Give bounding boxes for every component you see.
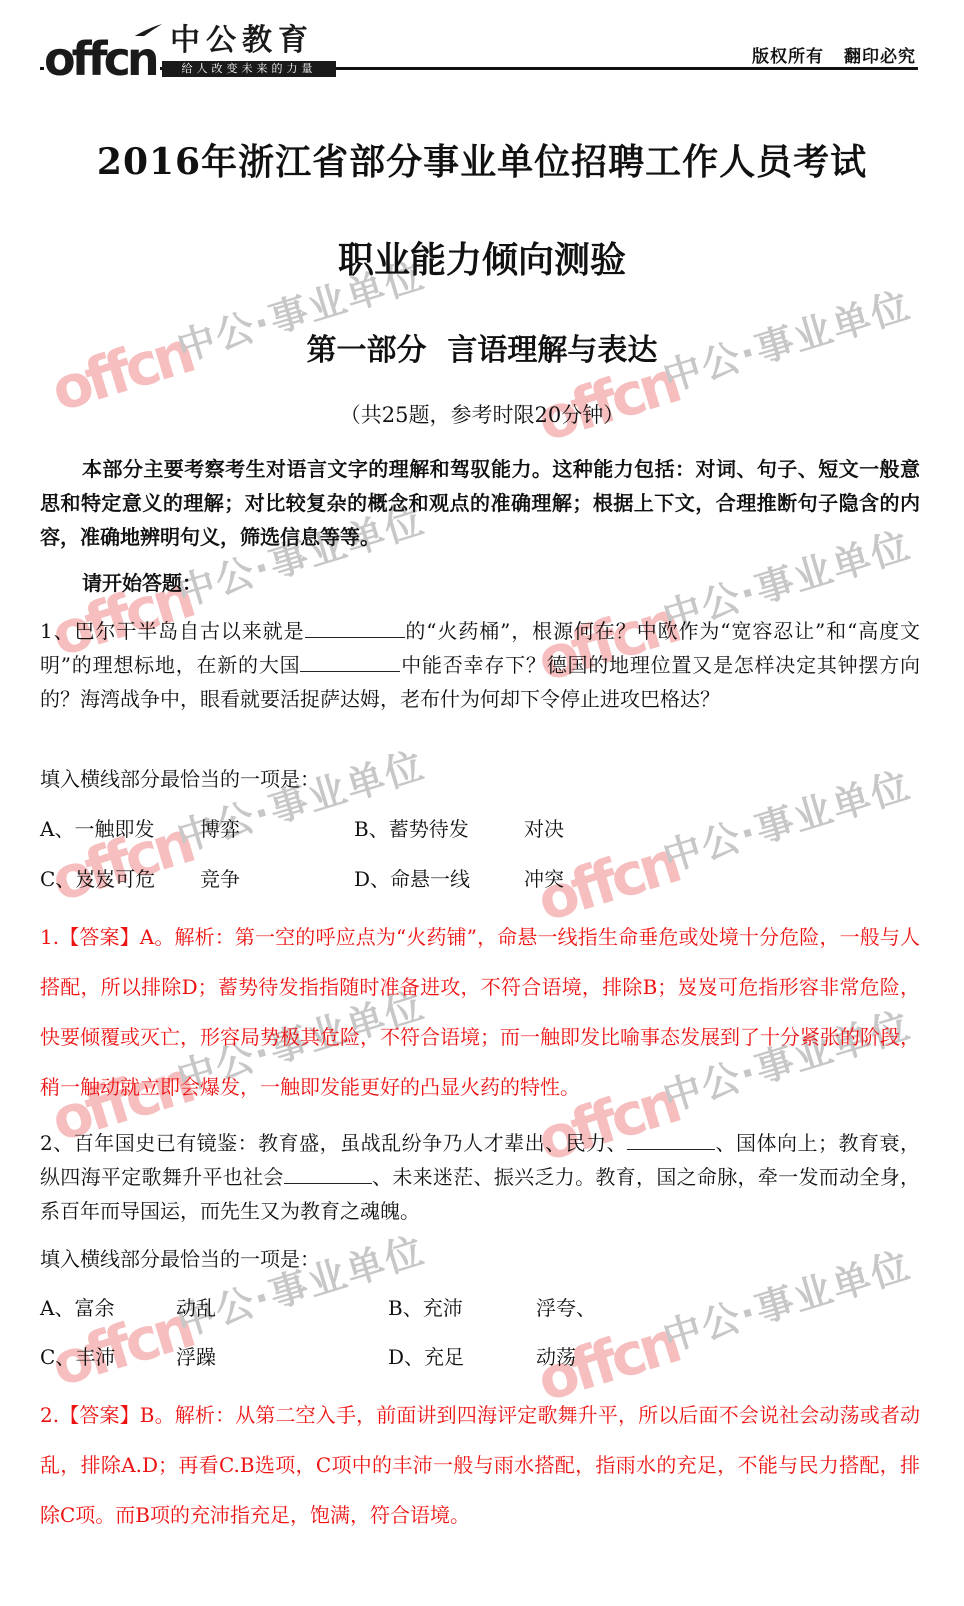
section-title: 第一部分 言语理解与表达 <box>0 330 964 372</box>
document-title: 2016年浙江省部分事业单位招聘工作人员考试 <box>0 138 964 186</box>
option-word: 动乱 <box>176 1291 216 1325</box>
option-word: 充足 <box>424 1345 464 1369</box>
option-label: B、 <box>354 817 389 841</box>
watermark-text: 中公·事业单位 <box>169 1219 430 1347</box>
option-word: 富余 <box>74 1296 114 1320</box>
option-a: A、一触即发博弈 <box>40 812 154 846</box>
option-word: 一触即发 <box>74 817 154 841</box>
offcn-logo: offcn 中公教育 给人改变未来的力量 <box>40 24 340 80</box>
question-number: 1、 <box>40 619 75 643</box>
option-word: 浮躁 <box>176 1340 216 1374</box>
question-text: 巴尔干半岛自古以来就是 <box>75 619 305 643</box>
section-meta: （共25题，参考时限20分钟） <box>0 400 964 430</box>
option-label: D、 <box>354 867 390 891</box>
logo-chinese-name: 中公教育 <box>170 24 314 58</box>
answer-blank <box>627 1129 715 1150</box>
option-word: 冲突 <box>524 862 564 896</box>
question-1-options-row: A、一触即发博弈 B、蓄势待发对决 <box>40 812 920 846</box>
option-label: B、 <box>388 1296 423 1320</box>
page-header: offcn 中公教育 给人改变未来的力量 版权所有翻印必究 <box>0 0 964 90</box>
option-label: A、 <box>40 1296 74 1320</box>
logo-slogan: 给人改变未来的力量 <box>162 61 336 77</box>
option-label: D、 <box>388 1345 424 1369</box>
option-word: 浮夸、 <box>536 1291 596 1325</box>
copyright-left: 版权所有 <box>752 47 824 67</box>
answer-blank <box>305 617 405 638</box>
option-d: D、命悬一线冲突 <box>354 862 470 896</box>
question-2-answer: 2.【答案】B。解析：从第二空入手，前面讲到四海评定歌舞升平，所以后面不会说社会… <box>40 1390 920 1540</box>
option-word: 充沛 <box>423 1296 463 1320</box>
question-2-stem: 2、百年国史已有镜鉴：教育盛，虽战乱纷争乃人才辈出、民力、、国体向上；教育衰，纵… <box>40 1126 920 1228</box>
question-1-answer: 1.【答案】A。解析：第一空的呼应点为“火药铺”，命悬一线指生命垂危或处境十分危… <box>40 912 920 1112</box>
question-text: 百年国史已有镜鉴：教育盛，虽战乱纷争乃人才辈出、民力、 <box>74 1131 627 1155</box>
option-b: B、蓄势待发对决 <box>354 812 469 846</box>
question-number: 2、 <box>40 1131 74 1155</box>
option-c: C、丰沛浮躁 <box>40 1340 115 1374</box>
question-2-prompt: 填入横线部分最恰当的一项是： <box>40 1242 920 1276</box>
option-c: C、岌岌可危竞争 <box>40 862 155 896</box>
question-1-stem: 1、巴尔干半岛自古以来就是的“火药桶”，根源何在？中欧作为“宽容忍让”和“高度文… <box>40 614 920 716</box>
copyright-notice: 版权所有翻印必究 <box>752 42 916 67</box>
option-label: A、 <box>40 817 74 841</box>
option-label: C、 <box>40 867 75 891</box>
logo-wordmark: offcn <box>44 36 160 82</box>
option-b: B、充沛浮夸、 <box>388 1291 463 1325</box>
option-d: D、充足动荡 <box>388 1340 464 1374</box>
document-subtitle: 职业能力倾向测验 <box>0 236 964 284</box>
question-1-options-row: C、岌岌可危竞争 D、命悬一线冲突 <box>40 862 920 896</box>
question-2-options-row: A、富余动乱 B、充沛浮夸、 <box>40 1291 920 1325</box>
option-word: 命悬一线 <box>390 867 470 891</box>
start-prompt: 请开始答题： <box>40 566 920 600</box>
question-1-prompt: 填入横线部分最恰当的一项是： <box>40 762 920 796</box>
option-word: 竞争 <box>200 862 240 896</box>
option-word: 丰沛 <box>75 1345 115 1369</box>
answer-blank <box>300 651 400 672</box>
watermark: offcn 中公·事业单位 <box>27 200 406 420</box>
question-2-options-row: C、丰沛浮躁 D、充足动荡 <box>40 1340 920 1374</box>
option-word: 岌岌可危 <box>75 867 155 891</box>
option-word: 蓄势待发 <box>389 817 469 841</box>
document-page: offcn 中公·事业单位 offcn 中公·事业单位 offcn 中公·事业单… <box>0 0 964 1606</box>
copyright-right: 翻印必究 <box>844 47 916 67</box>
answer-blank <box>284 1163 372 1184</box>
section-intro: 本部分主要考察考生对语言文字的理解和驾驭能力。这种能力包括：对词、句子、短文一般… <box>40 452 920 554</box>
option-word: 对决 <box>524 812 564 846</box>
option-word: 动荡 <box>536 1340 576 1374</box>
option-word: 博弈 <box>200 812 240 846</box>
option-label: C、 <box>40 1345 75 1369</box>
option-a: A、富余动乱 <box>40 1291 114 1325</box>
